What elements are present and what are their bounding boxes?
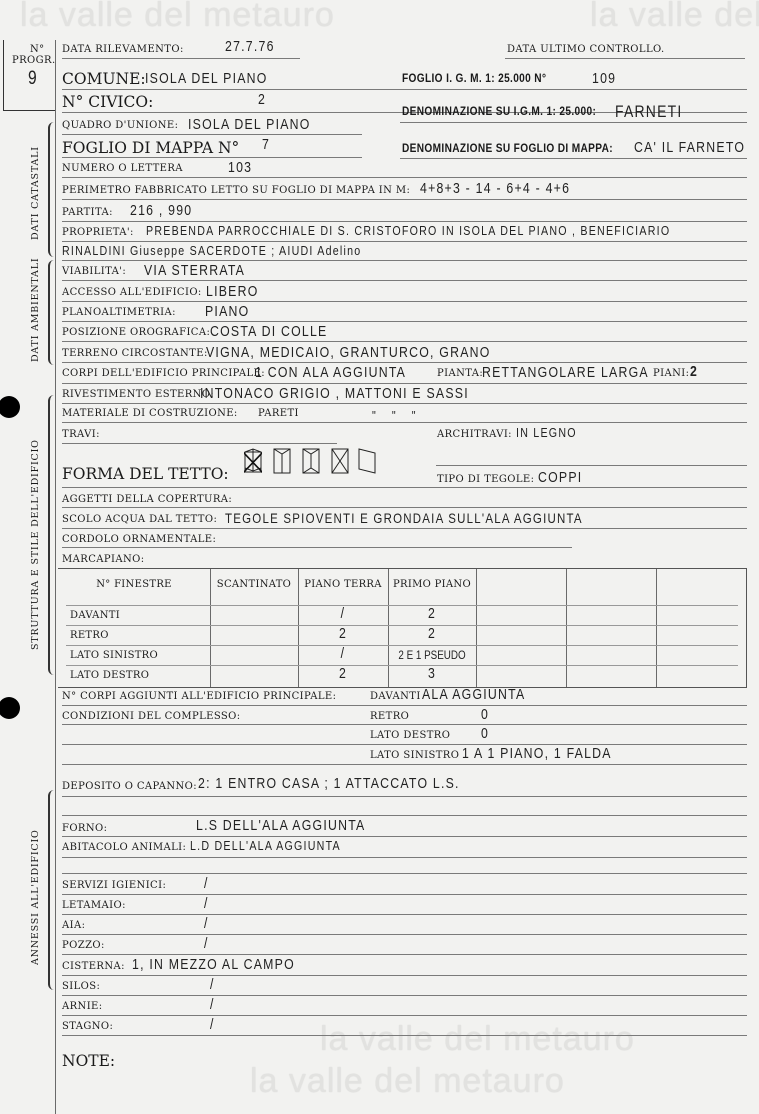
corpi-value[interactable]: 1 CON ALA AGGIUNTA [255,364,406,381]
watermark: la valle del metauro [320,1020,635,1059]
field-line [62,157,362,158]
foglio-igm-value[interactable]: 109 [592,70,616,87]
forno-label: FORNO: [62,823,107,834]
tipo-tegole-value[interactable]: COPPI [538,469,582,486]
field-line [62,995,747,996]
field-line [62,934,747,935]
table-cell[interactable]: / [298,645,388,662]
field-line [62,422,747,423]
field-line [62,383,747,384]
architravi-label: ARCHITRAVI: [437,429,512,440]
table-row: DAVANTI/2 [58,605,746,625]
field-line [62,954,747,955]
field-line [62,507,747,508]
progr-box: N° PROGR. 9 [3,40,56,111]
table-row: LATO DESTRO23 [58,665,746,687]
foglio-igm-label: FOGLIO I. G. M. 1: 25.000 N° [402,73,546,85]
data-rilevamento-value[interactable]: 27.7.76 [225,38,275,55]
field-line [62,836,747,837]
field-line [62,89,747,90]
corpi-aggiunti-label: N° CORPI AGGIUNTI ALL'EDIFICIO PRINCIPAL… [62,691,336,702]
partita-label: PARTITA: [62,207,113,218]
watermark: la valle del metauro [20,0,335,35]
planoaltimetria-label: PLANOALTIMETRIA: [62,307,176,318]
annesso-label-servizi: SERVIZI IGIENICI: [62,880,166,891]
side-label-catastali: DATI CATASTALI [30,146,41,240]
denominazione-mappa-value[interactable]: CA' IL FARNETO [634,139,745,156]
roof-capanna-icon[interactable] [273,448,291,474]
field-line [62,199,747,200]
field-line [62,764,747,765]
roof-falda-icon[interactable] [358,448,376,474]
table-header: PRIMO PIANO [388,579,476,590]
field-line [62,280,747,281]
scolo-label: SCOLO ACQUA DAL TETTO: [62,514,217,525]
posizione-label: POSIZIONE OROGRAFICA: [62,327,210,338]
field-line [62,58,300,59]
pareti-label: PARETI [258,408,299,419]
field-line [62,1035,747,1036]
annesso-label-letamaio: LETAMAIO: [62,900,126,911]
annesso-value-pozzo[interactable]: / [204,935,209,952]
field-line [62,705,747,706]
table-header: SCANTINATO [210,579,298,590]
denominazione-mappa-label: DENOMINAZIONE SU FOGLIO DI MAPPA: [402,143,613,155]
field-line [62,134,362,135]
field-line [62,547,572,548]
annesso-value-aia[interactable]: / [204,915,209,932]
field-line [62,894,747,895]
field-line [62,177,747,178]
binder-hole [0,697,20,719]
table-cell[interactable]: 2 [388,625,476,642]
annesso-label-arnie: ARNIE: [62,1001,103,1012]
retro-label: RETRO [370,711,409,722]
table-header: PIANO TERRA [298,579,388,590]
piani-label: PIANI: [653,368,689,379]
field-line [62,362,747,363]
davanti-label: DAVANTI [370,691,421,702]
davanti-value[interactable]: ALA AGGIUNTA [422,686,525,703]
perimetro-value[interactable]: 4+8+3 - 14 - 6+4 - 4+6 [420,180,570,197]
deposito-value[interactable]: 2: 1 ENTRO CASA ; 1 ATTACCATO L.S. [198,775,460,792]
abitacolo-label: ABITACOLO ANIMALI: [62,842,186,853]
side-label-ambientali: DATI AMBIENTALI [30,258,41,362]
annesso-value-cisterna[interactable]: 1, IN MEZZO AL CAMPO [132,956,295,973]
retro-value[interactable]: 0 [481,706,489,723]
binder-hole [0,396,20,418]
roof-crociera-icon[interactable] [331,448,349,474]
quadro-unione-label: QUADRO D'UNIONE: [62,120,178,131]
annesso-value-servizi[interactable]: / [204,875,209,892]
field-line [62,796,747,797]
watermark: la valle del metauro [590,0,759,35]
corpi-label: CORPI DELL'EDIFICIO PRINCIPALE: [62,368,265,379]
field-line [62,487,747,488]
field-line [62,321,747,322]
progr-label: N° [30,44,45,55]
field-line [62,857,747,858]
rivestimento-label: RIVESTIMENTO ESTERNO: [62,389,214,400]
data-ultimo-controllo-label: DATA ULTIMO CONTROLLO. [507,44,665,55]
annesso-value-letamaio[interactable]: / [204,895,209,912]
field-line [62,443,337,444]
field-line [62,341,747,342]
civico-value[interactable]: 2 [258,91,266,108]
viabilita-value[interactable]: VIA STERRATA [144,262,245,279]
field-line [62,1015,747,1016]
section-brace [48,790,56,990]
finestre-table: N° FINESTRESCANTINATOPIANO TERRAPRIMO PI… [58,568,747,688]
tipo-tegole-label: TIPO DI TEGOLE: [437,474,534,485]
annesso-label-cisterna: CISTERNA: [62,961,125,972]
table-cell[interactable]: 3 [388,665,476,682]
civico-label: N° CIVICO: [62,93,153,111]
travi-label: TRAVI: [62,429,100,440]
annesso-label-aia: AIA: [62,920,85,931]
perimetro-label: PERIMETRO FABBRICATO LETTO SU FOGLIO DI … [62,185,410,196]
lato-destro-label: LATO DESTRO [370,730,450,741]
table-cell[interactable]: 2 E 1 PSEUDO [388,648,476,662]
field-line [62,975,747,976]
aggetti-label: AGGETTI DELLA COPERTURA: [62,494,232,505]
condizioni-label: CONDIZIONI DEL COMPLESSO: [62,711,241,722]
numero-lettera-value[interactable]: 103 [228,159,252,176]
abitacolo-value[interactable]: L.D DELL'ALA AGGIUNTA [190,838,341,853]
field-line [62,914,747,915]
accesso-label: ACCESSO ALL'EDIFICIO: [62,287,202,298]
annesso-label-silos: SILOS: [62,981,100,992]
table-cell[interactable]: / [298,605,388,622]
table-header: N° FINESTRE [58,579,210,590]
row-label: LATO DESTRO [70,670,149,681]
watermark: la valle del metauro [250,1062,565,1101]
note-label: NOTE: [62,1052,115,1070]
annesso-value-silos[interactable]: / [210,976,215,993]
quadro-unione-value[interactable]: ISOLA DEL PIANO [188,116,311,133]
materiale-value[interactable]: " " " [372,408,422,423]
section-brace [48,395,56,675]
denominazione-igm-label: DENOMINAZIONE SU I.G.M. 1: 25.000: [402,106,596,118]
accesso-value[interactable]: LIBERO [206,283,259,300]
pianta-value[interactable]: RETTANGOLARE LARGA [482,364,649,381]
lato-sinistro-label: LATO SINISTRO [370,750,459,761]
denominazione-igm-value[interactable]: FARNETI [615,102,682,122]
comune-value[interactable]: ISOLA DEL PIANO [145,70,268,87]
progr-label: PROGR. [12,55,56,66]
proprieta-value-line2[interactable]: RINALDINI Giuseppe SACERDOTE ; AIUDI Ade… [62,243,361,258]
field-line [62,744,747,745]
section-brace [48,260,56,365]
field-line [62,301,747,302]
foglio-mappa-label: FOGLIO DI MAPPA N° [62,139,239,157]
rivestimento-value[interactable]: INTONACO GRIGIO , MATTONI E SASSI [200,385,469,402]
section-brace [48,122,56,257]
annesso-value-arnie[interactable]: / [210,996,215,1013]
row-label: DAVANTI [70,610,120,621]
roof-capanna-double-icon[interactable] [302,448,320,474]
piani-value[interactable]: 2 [690,363,698,380]
pianta-label: PIANTA: [437,368,483,379]
lato-sinistro-value[interactable]: 1 A 1 PIANO, 1 FALDA [462,745,612,762]
field-line [62,241,747,242]
field-line [400,158,747,159]
table-cell[interactable]: 2 [298,625,388,642]
side-label-struttura: STRUTTURA E STILE DELL'EDIFICIO [30,439,41,650]
annesso-value-stagno[interactable]: / [210,1016,215,1033]
field-line [400,122,747,123]
row-label: RETRO [70,630,109,641]
data-rilevamento-label: DATA RILEVAMENTO: [62,44,184,55]
side-label-annessi: ANNESSI ALL'EDIFICIO [30,829,41,965]
planoaltimetria-value[interactable]: PIANO [205,303,249,320]
terreno-value[interactable]: VIGNA, MEDICAIO, GRANTURCO, GRANO [206,344,491,361]
lato-destro-value[interactable]: 0 [481,725,489,742]
materiale-label: MATERIALE DI COSTRUZIONE: [62,408,238,419]
progr-value: 9 [28,68,38,90]
field-line [62,403,747,404]
field-line [505,58,745,59]
numero-lettera-label: NUMERO o LETTERA [62,163,183,174]
terreno-label: TERRENO CIRCOSTANTE: [62,348,208,359]
table-row: LATO SINISTRO/2 E 1 PSEUDO [58,645,746,665]
scolo-value[interactable]: TEGOLE SPIOVENTI E GRONDAIA SULL'ALA AGG… [225,510,583,526]
proprieta-value[interactable]: PREBENDA PARROCCHIALE DI S. CRISTOFORO I… [146,223,670,238]
architravi-value[interactable]: IN LEGNO [516,425,577,440]
table-cell[interactable]: 2 [388,605,476,622]
field-line [62,221,747,222]
field-line [436,465,747,466]
marcapiano-label: MARCAPIANO: [62,554,144,565]
forno-value[interactable]: L.S DELL'ALA AGGIUNTA [196,817,365,834]
field-line [62,528,747,529]
field-line [62,724,747,725]
comune-label: COMUNE: [62,70,146,88]
field-line [62,815,747,816]
deposito-label: DEPOSITO o CAPANNO: [62,781,197,792]
row-label: LATO SINISTRO [70,650,158,661]
roof-padiglione-icon[interactable] [244,448,262,474]
foglio-mappa-value[interactable]: 7 [262,136,270,153]
cordolo-label: CORDOLO ORNAMENTALE: [62,534,216,545]
viabilita-label: VIABILITA': [62,266,126,277]
table-cell[interactable]: 2 [298,665,388,682]
field-line [62,260,747,261]
proprieta-label: PROPRIETA': [62,227,134,238]
field-line [62,873,747,874]
forma-tetto-label: FORMA DEL TETTO: [62,465,229,483]
table-row: RETRO22 [58,625,746,645]
annesso-label-stagno: STAGNO: [62,1021,113,1032]
annesso-label-pozzo: POZZO: [62,940,105,951]
partita-value[interactable]: 216 , 990 [130,202,192,219]
posizione-value[interactable]: COSTA DI COLLE [210,323,327,340]
